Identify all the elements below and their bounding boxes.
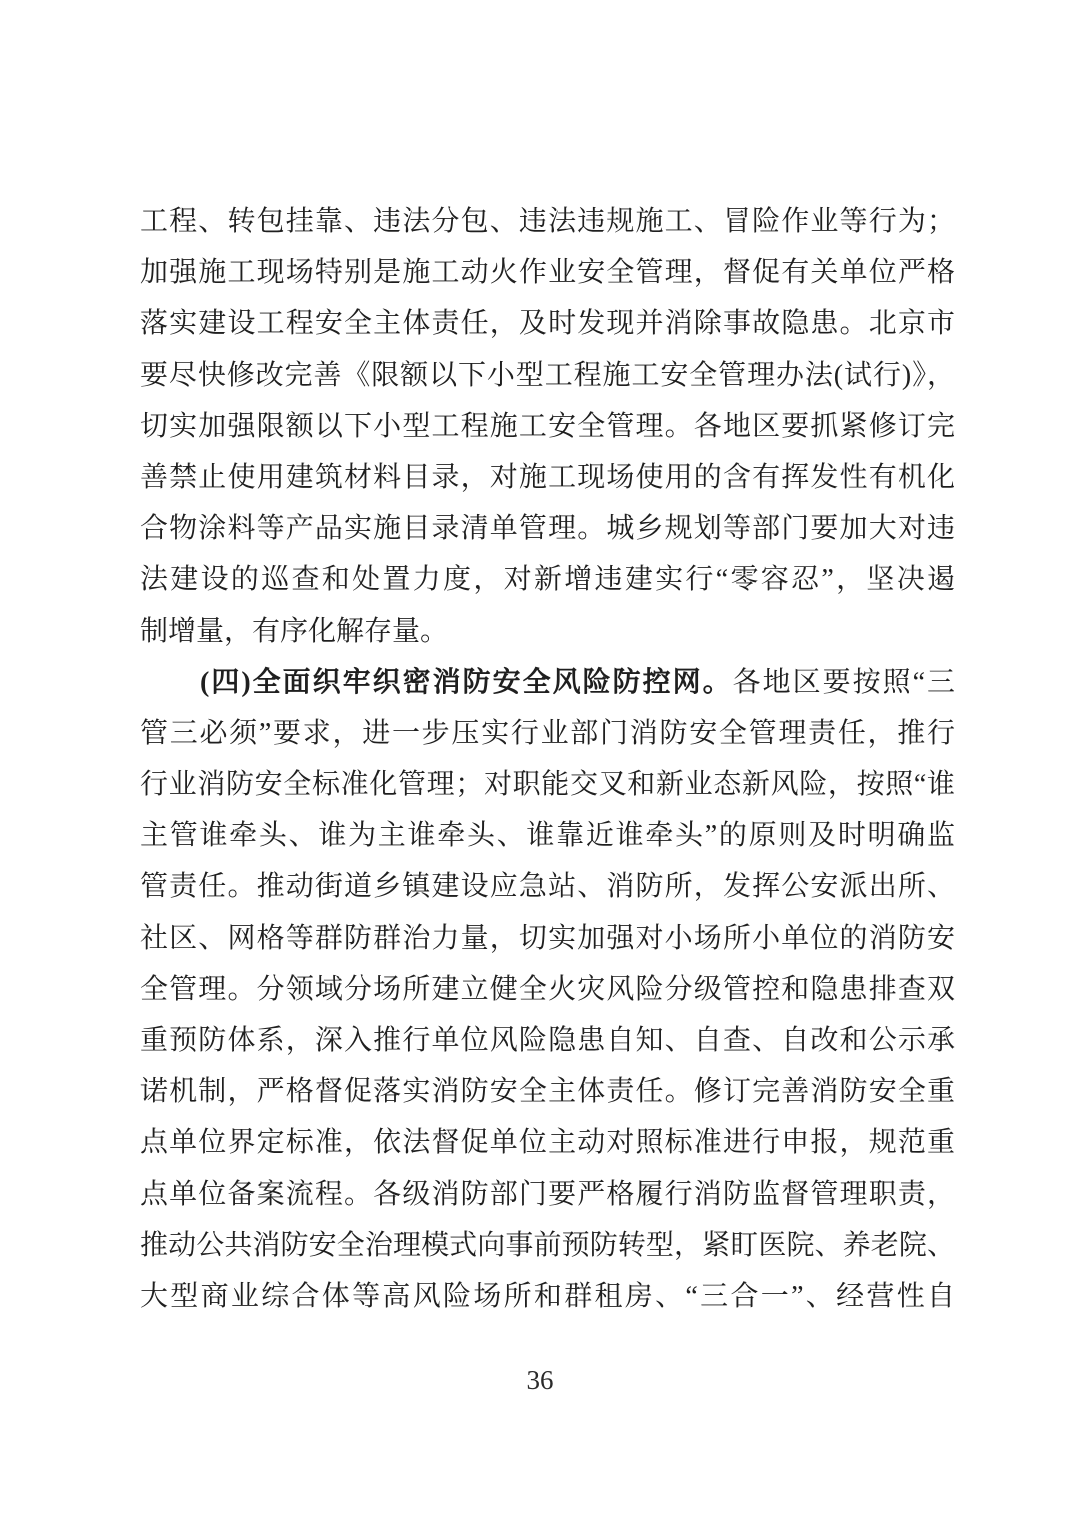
document-page: 工程、转包挂靠、违法分包、违法违规施工、冒险作业等行为； 加强施工现场特别是施工… [0, 0, 1080, 1526]
text-line: 管责任。推动街道乡镇建设应急站、消防所，发挥公安派出所、 [140, 861, 955, 912]
text-line: 落实建设工程安全主体责任，及时发现并消除事故隐患。北京市 [140, 298, 955, 349]
text-line: 加强施工现场特别是施工动火作业安全管理，督促有关单位严格 [140, 247, 955, 298]
text-line: 工程、转包挂靠、违法分包、违法违规施工、冒险作业等行为； [140, 196, 955, 247]
section-heading: (四)全面织牢织密消防安全风险防控网。 [200, 667, 733, 698]
paragraph-heading-line: (四)全面织牢织密消防安全风险防控网。各地区要按照“三 [140, 657, 955, 708]
text-line: 行业消防安全标准化管理；对职能交叉和新业态新风险，按照“谁 [140, 759, 955, 810]
text-line: 点单位备案流程。各级消防部门要严格履行消防监督管理职责， [140, 1169, 955, 1220]
text-line: 主管谁牵头、谁为主谁牵头、谁靠近谁牵头”的原则及时明确监 [140, 810, 955, 861]
text-line: 管三必须”要求，进一步压实行业部门消防安全管理责任，推行 [140, 708, 955, 759]
paragraph-last-line: 制增量，有序化解存量。 [140, 606, 955, 657]
page-number: 36 [0, 1362, 1080, 1398]
text-line: 大型商业综合体等高风险场所和群租房、“三合一”、经营性自 [140, 1271, 955, 1322]
text-line: 诺机制，严格督促落实消防安全主体责任。修订完善消防安全重 [140, 1066, 955, 1117]
text-line: 要尽快修改完善《限额以下小型工程施工安全管理办法(试行)》， [140, 350, 955, 401]
text-line: 社区、网格等群防群治力量，切实加强对小场所小单位的消防安 [140, 913, 955, 964]
text-line: 重预防体系，深入推行单位风险隐患自知、自查、自改和公示承 [140, 1015, 955, 1066]
text-line: 合物涂料等产品实施目录清单管理。城乡规划等部门要加大对违 [140, 503, 955, 554]
text-line: 推动公共消防安全治理模式向事前预防转型，紧盯医院、养老院、 [140, 1220, 955, 1271]
document-body: 工程、转包挂靠、违法分包、违法违规施工、冒险作业等行为； 加强施工现场特别是施工… [140, 196, 955, 1322]
heading-line-rest: 各地区要按照“三 [733, 667, 955, 698]
text-line: 法建设的巡查和处置力度，对新增违建实行“零容忍”，坚决遏 [140, 554, 955, 605]
text-line: 点单位界定标准，依法督促单位主动对照标准进行申报，规范重 [140, 1117, 955, 1168]
text-line: 善禁止使用建筑材料目录，对施工现场使用的含有挥发性有机化 [140, 452, 955, 503]
text-line: 切实加强限额以下小型工程施工安全管理。各地区要抓紧修订完 [140, 401, 955, 452]
text-line: 全管理。分领域分场所建立健全火灾风险分级管控和隐患排查双 [140, 964, 955, 1015]
